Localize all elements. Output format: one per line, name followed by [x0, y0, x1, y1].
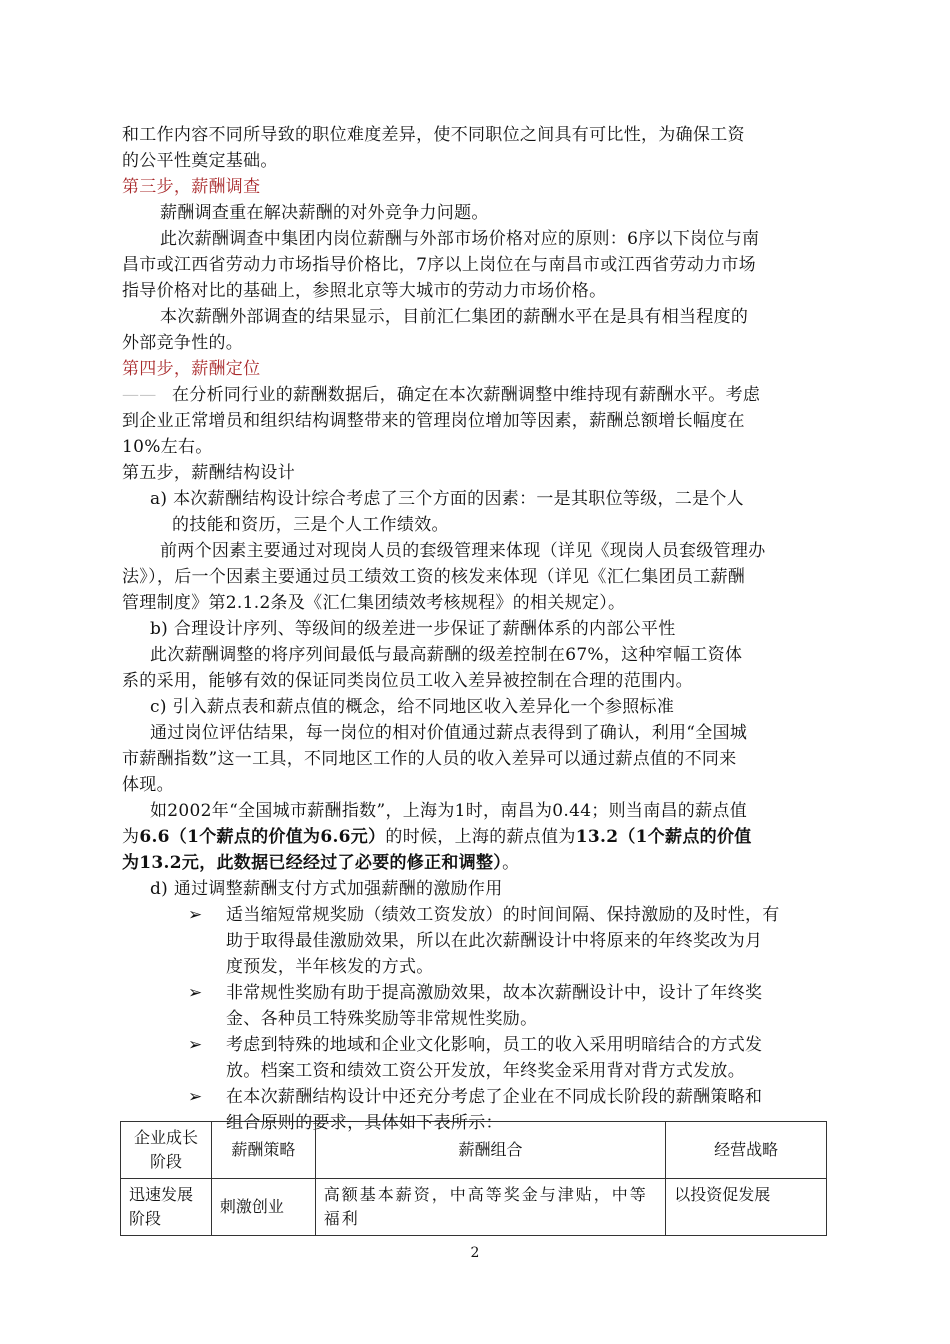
- table-header-cell: 经营战略: [666, 1122, 827, 1179]
- paragraph-line: 外部竞争性的。: [122, 330, 243, 356]
- section-heading-step-5: 第五步，薪酬结构设计: [122, 460, 295, 486]
- text-run: 。: [502, 853, 519, 873]
- table-cell: 刺激创业: [211, 1179, 315, 1236]
- paragraph-line: 10%左右。: [122, 434, 213, 460]
- bullet-text: 度预发，半年核发的方式。: [226, 954, 434, 980]
- paragraph-line: 体现。: [122, 772, 174, 798]
- paragraph-line: 通过岗位评估结果，每一岗位的相对价值通过薪点表得到了确认，利用“全国城: [150, 720, 747, 746]
- document-page: 和工作内容不同所导致的职位难度差异，使不同职位之间具有可比性，为确保工资 的公平…: [0, 0, 950, 1344]
- list-item-b: b) 合理设计序列、等级间的级差进一步保证了薪酬体系的内部公平性: [150, 616, 676, 642]
- bold-text-run: 6.6（1个薪点的价值为6.6元）: [139, 827, 385, 847]
- paragraph-line: 和工作内容不同所导致的职位难度差异，使不同职位之间具有可比性，为确保工资: [122, 122, 745, 148]
- bullet-text: 考虑到特殊的地域和企业文化影响，员工的收入采用明暗结合的方式发: [226, 1032, 762, 1058]
- growth-stage-compensation-table: 企业成长阶段 薪酬策略 薪酬组合 经营战略 迅速发展阶段 刺激创业 高额基本薪资…: [120, 1121, 827, 1236]
- bullet-text: 放。档案工资和绩效工资公开发放，年终奖金采用背对背方式发放。: [226, 1058, 745, 1084]
- paragraph-line: 如2002年“全国城市薪酬指数”，上海为1时，南昌为0.44；则当南昌的薪点值: [150, 798, 747, 824]
- bullet-text: 金、各种员工特殊奖励等非常规性奖励。: [226, 1006, 537, 1032]
- paragraph-line: 此次薪酬调整的将序列间最低与最高薪酬的级差控制在67%，这种窄幅工资体: [150, 642, 742, 668]
- list-item-d: d) 通过调整薪酬支付方式加强薪酬的激励作用: [150, 876, 503, 902]
- table-row: 迅速发展阶段 刺激创业 高额基本薪资，中高等奖金与津贴，中等福利 以投资促发展: [121, 1179, 827, 1236]
- arrow-bullet-icon: ➢: [188, 1032, 203, 1058]
- table-cell: 以投资促发展: [666, 1179, 827, 1236]
- table-header-cell: 企业成长阶段: [121, 1122, 212, 1179]
- table-header-cell: 薪酬策略: [211, 1122, 315, 1179]
- paragraph-line: 的技能和资历，三是个人工作绩效。: [172, 512, 449, 538]
- section-heading-step-3: 第三步，薪酬调查: [122, 174, 260, 200]
- table-cell: 迅速发展阶段: [121, 1179, 212, 1236]
- arrow-bullet-icon: ➢: [188, 1084, 203, 1110]
- mixed-format-line: 为13.2元，此数据已经经过了必要的修正和调整）。: [122, 850, 519, 876]
- paragraph-line: 前两个因素主要通过对现岗人员的套级管理来体现（详见《现岗人员套级管理办: [160, 538, 766, 564]
- bullet-text: 助于取得最佳激励效果，所以在此次薪酬设计中将原来的年终奖改为月: [226, 928, 762, 954]
- bullet-text: 非常规性奖励有助于提高激励效果，故本次薪酬设计中，设计了年终奖: [226, 980, 762, 1006]
- bullet-text: 在本次薪酬结构设计中还充分考虑了企业在不同成长阶段的薪酬策略和: [226, 1084, 762, 1110]
- table-header-row: 企业成长阶段 薪酬策略 薪酬组合 经营战略: [121, 1122, 827, 1179]
- paragraph-line: 市薪酬指数”这一工具，不同地区工作的人员的收入差异可以通过薪点值的不同来: [122, 746, 737, 772]
- list-item-a: a) 本次薪酬结构设计综合考虑了三个方面的因素：一是其职位等级，二是个人: [150, 486, 744, 512]
- paragraph-line: 的公平性奠定基础。: [122, 148, 278, 174]
- paragraph-line: 在分析同行业的薪酬数据后，确定在本次薪酬调整中维持现有薪酬水平。考虑: [172, 382, 760, 408]
- list-item-c: c) 引入薪点表和薪点值的概念，给不同地区收入差异化一个参照标准: [150, 694, 674, 720]
- paragraph-line: 薪酬调查重在解决薪酬的对外竞争力问题。: [160, 200, 489, 226]
- mixed-format-line: 为6.6（1个薪点的价值为6.6元）的时候，上海的薪点值为13.2（1个薪点的价…: [122, 824, 752, 850]
- section-heading-step-4: 第四步，薪酬定位: [122, 356, 260, 382]
- paragraph-line: 管理制度》第2.1.2条及《汇仁集团绩效考核规程》的相关规定）。: [122, 590, 625, 616]
- arrow-bullet-icon: ➢: [188, 980, 203, 1006]
- paragraph-line: 昌市或江西省劳动力市场指导价格比，7序以上岗位在与南昌市或江西省劳动力市场: [122, 252, 756, 278]
- paragraph-line: 本次薪酬外部调查的结果显示，目前汇仁集团的薪酬水平在是具有相当程度的: [160, 304, 748, 330]
- paragraph-line: 法》），后一个因素主要通过员工绩效工资的核发来体现（详见《汇仁集团员工薪酬: [122, 564, 745, 590]
- bold-text-run: 13.2（1个薪点的价值: [576, 827, 752, 847]
- table-header-cell: 薪酬组合: [315, 1122, 665, 1179]
- text-run: 为: [122, 827, 139, 847]
- text-run: 的时候，上海的薪点值为: [385, 827, 575, 847]
- paragraph-line: 系的采用，能够有效的保证同类岗位员工收入差异被控制在合理的范围内。: [122, 668, 693, 694]
- table-cell: 高额基本薪资，中高等奖金与津贴，中等福利: [315, 1179, 665, 1236]
- page-number: 2: [0, 1245, 950, 1261]
- paragraph-line: 到企业正常增员和组织结构调整带来的管理岗位增加等因素，薪酬总额增长幅度在: [122, 408, 745, 434]
- paragraph-line: 指导价格对比的基础上，参照北京等大城市的劳动力市场价格。: [122, 278, 606, 304]
- bold-text-run: 为13.2元，此数据已经经过了必要的修正和调整）: [122, 853, 502, 873]
- bullet-text: 适当缩短常规奖励（绩效工资发放）的时间间隔、保持激励的及时性，有: [226, 902, 780, 928]
- leading-dash: ——: [122, 382, 157, 408]
- arrow-bullet-icon: ➢: [188, 902, 203, 928]
- paragraph-line: 此次薪酬调查中集团内岗位薪酬与外部市场价格对应的原则：6序以下岗位与南: [160, 226, 759, 252]
